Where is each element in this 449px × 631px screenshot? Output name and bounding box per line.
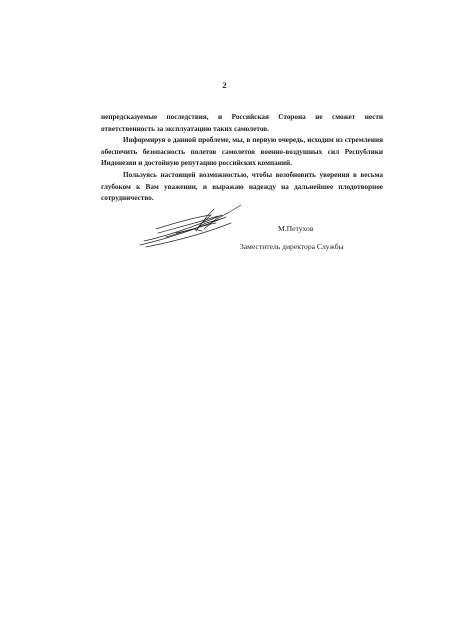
signer-name: М.Петухов xyxy=(278,224,313,233)
paragraph-closing: Пользуясь настоящей возможностью, чтобы … xyxy=(101,170,383,205)
page-number: 2 xyxy=(0,80,449,90)
paragraph-informing: Информируя о данной проблеме, мы, в перв… xyxy=(101,135,383,170)
letter-body: непредсказуемые последствия, и Российска… xyxy=(101,112,383,205)
paragraph-continuation: непредсказуемые последствия, и Российска… xyxy=(101,112,383,135)
signer-title: Заместитель директора Службы xyxy=(240,242,344,251)
handwritten-signature-icon xyxy=(136,203,246,251)
